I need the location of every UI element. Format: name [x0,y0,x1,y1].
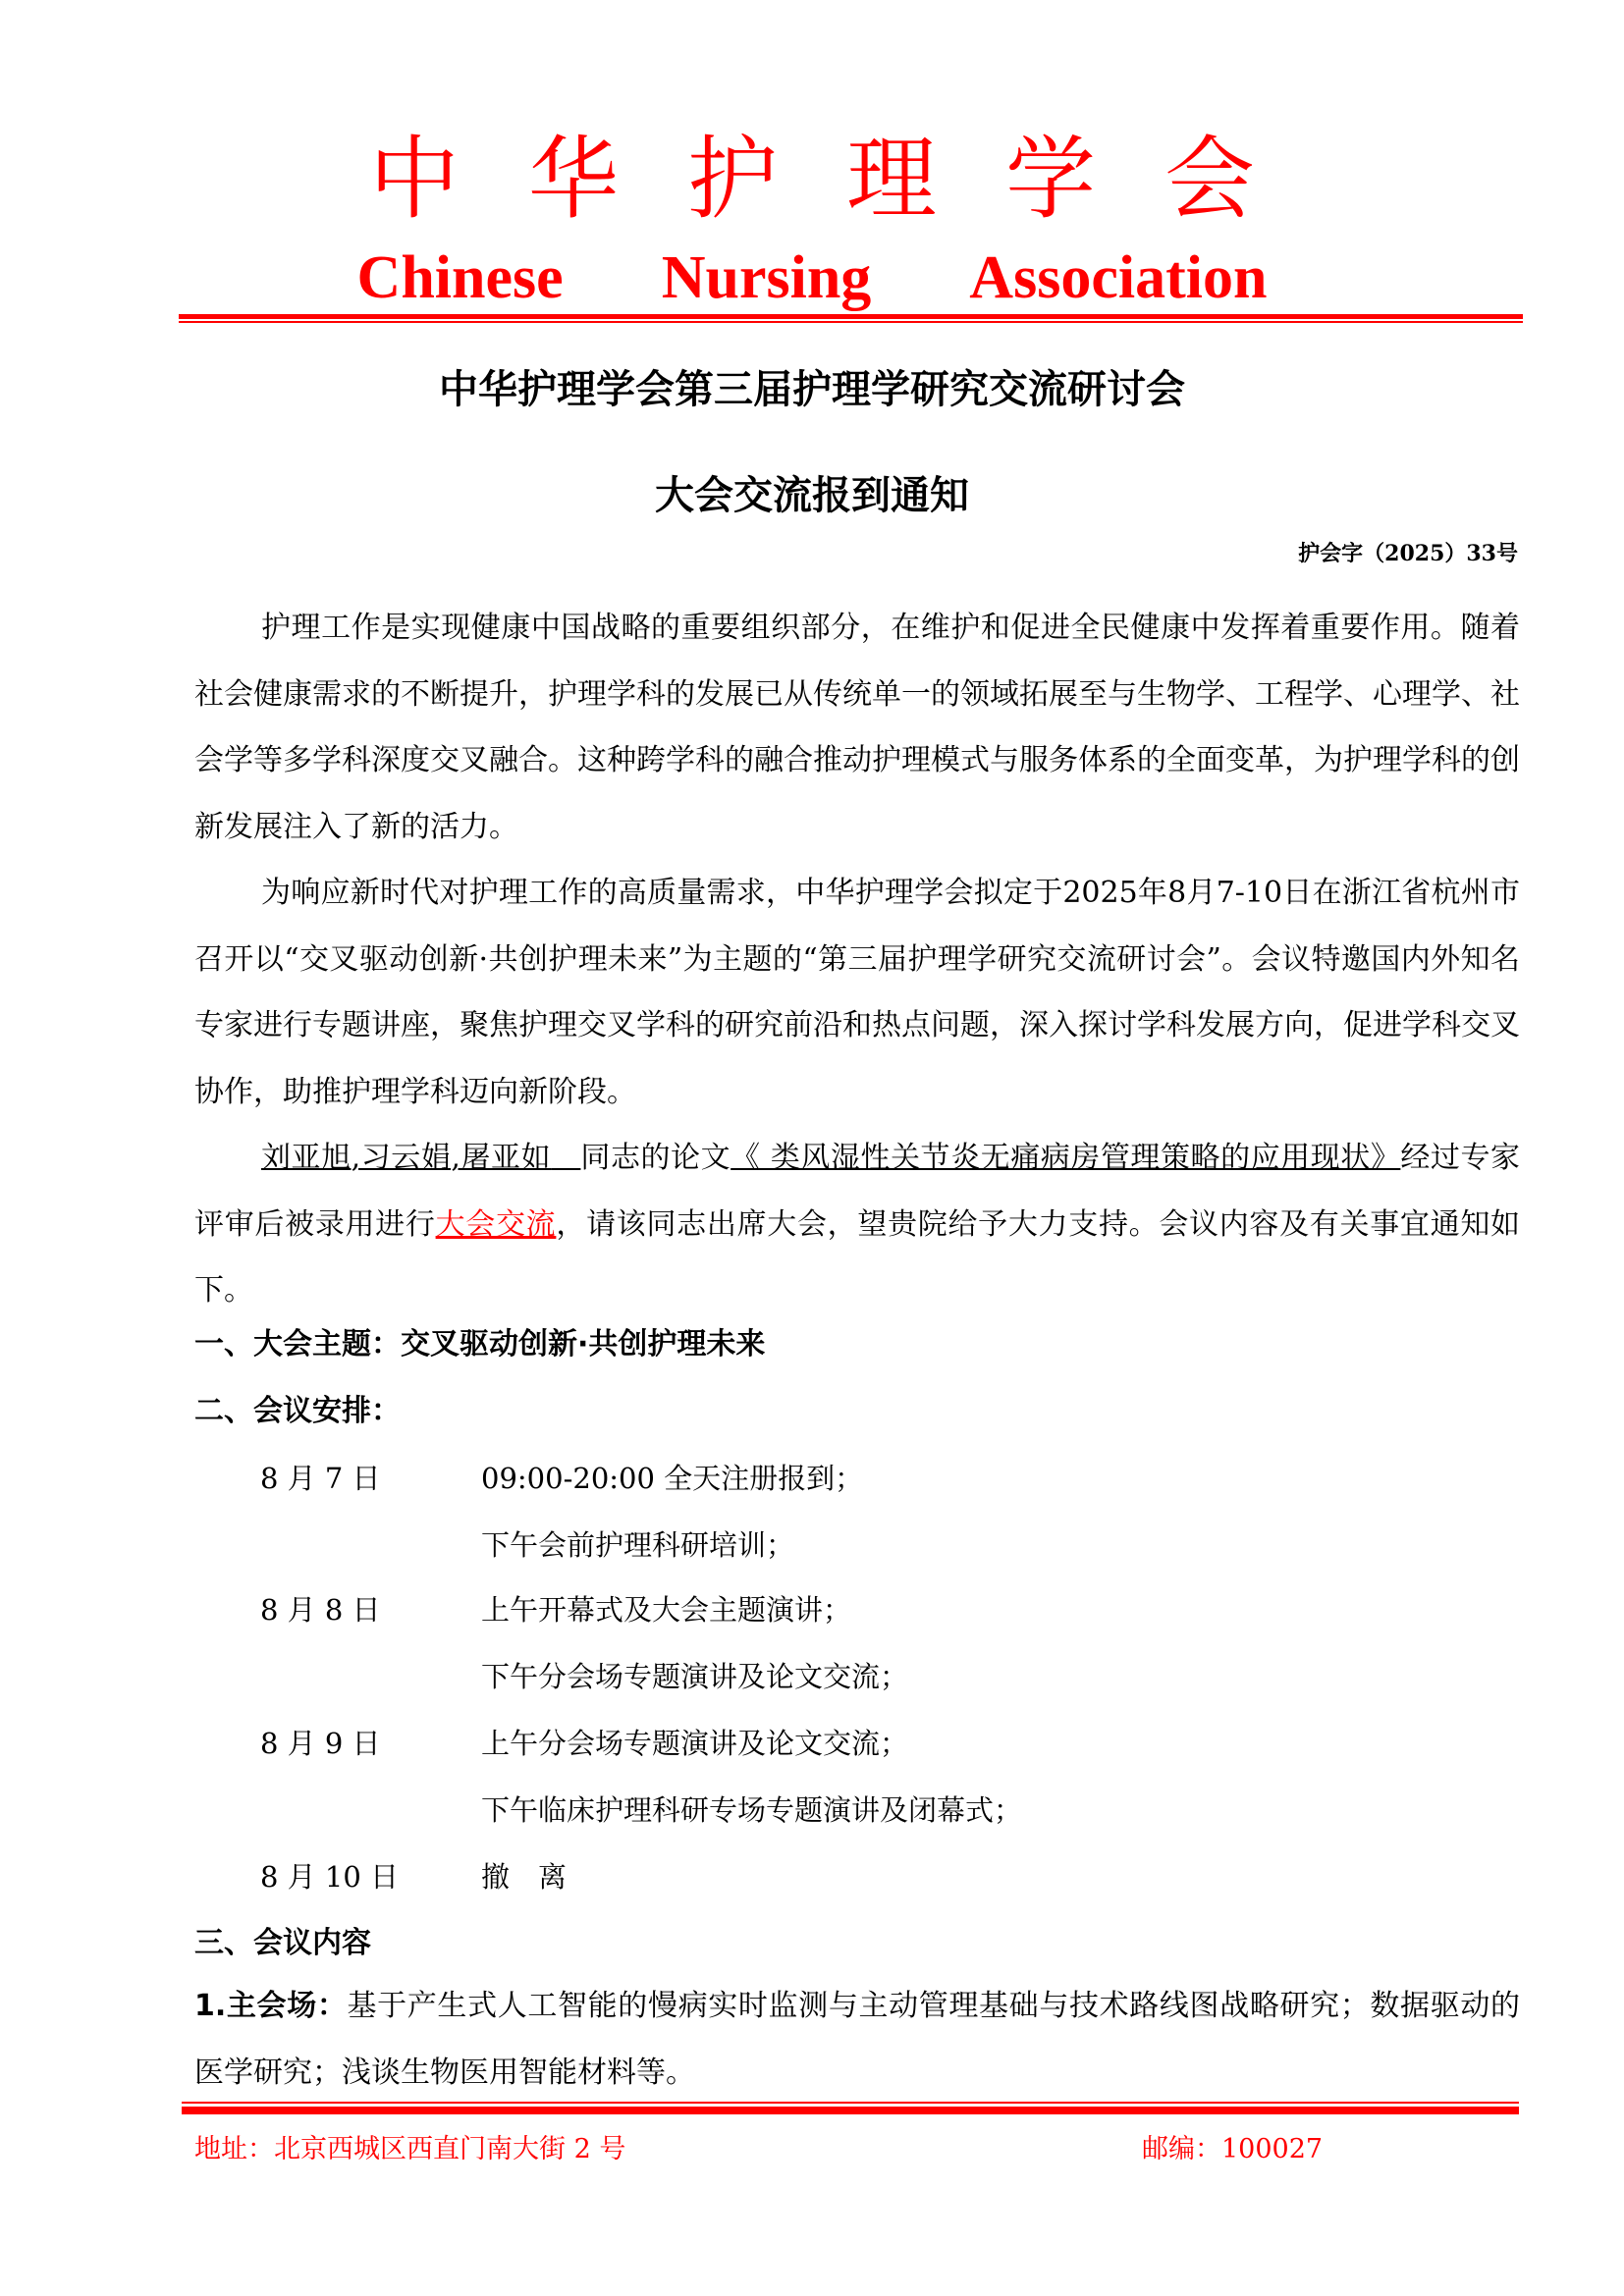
main-venue-text: 基于产生式人工智能的慢病实时监测与主动管理基础与技术路线图战略研究；数据驱动的医… [194,1989,1520,2090]
header-rule-thick [179,314,1523,319]
org-char: 学 [1001,126,1100,234]
footer-rule-thin [182,2102,1519,2104]
schedule-date: 8 月 10 日 [260,1857,399,1896]
author-names: 刘亚旭,习云娟,屠亚如 [261,1141,551,1175]
paragraph-acceptance: 刘亚旭,习云娟,屠亚如 同志的论文《 类风湿性关节炎无痛病房管理策略的应用现状》… [194,1125,1520,1324]
header-rule-thin [179,321,1523,323]
paragraph-meeting: 为响应新时代对护理工作的高质量需求，中华护理学会拟定于2025年8月7-10日在… [194,860,1520,1125]
schedule-date: 8 月 9 日 [260,1724,381,1763]
schedule-item: 下午临床护理科研专场专题演讲及闭幕式； [481,1790,1022,1830]
document-number: 护会字（2025）33号 [1298,538,1518,569]
schedule-item: 下午会前护理科研培训； [481,1525,794,1565]
org-word: Association [969,243,1267,312]
main-venue-label: 1.主会场： [194,1989,348,2023]
org-char: 中 [365,126,463,234]
paragraph-intro: 护理工作是实现健康中国战略的重要组织部分，在维护和促进全民健康中发挥着重要作用。… [194,595,1520,860]
section-theme: 一、大会主题：交叉驱动创新·共创护理未来 [194,1325,765,1364]
section-content: 三、会议内容 [194,1924,371,1963]
document-title-line2: 大会交流报到通知 [0,471,1624,520]
schedule-item: 下午分会场专题演讲及论文交流； [481,1657,908,1696]
org-char: 理 [842,126,941,234]
schedule-item: 09:00-20:00 全天注册报到； [481,1459,863,1498]
text: 同志的论文 [580,1141,731,1175]
schedule-item: 上午分会场专题演讲及论文交流； [481,1724,908,1763]
org-word: Nursing [662,243,872,312]
org-char: 护 [683,126,782,234]
schedule-item: 撤 离 [481,1857,567,1896]
org-char: 会 [1161,126,1259,234]
presentation-type: 大会交流 [436,1207,557,1242]
schedule-date: 8 月 8 日 [260,1590,381,1629]
org-name-chinese: 中华护理学会 [0,126,1624,234]
schedule-date: 8 月 7 日 [260,1459,381,1498]
schedule-item: 上午开幕式及大会主题演讲； [481,1590,851,1629]
paper-title: 《 类风湿性关节炎无痛病房管理策略的应用现状》 [731,1141,1400,1175]
main-venue-paragraph: 1.主会场：基于产生式人工智能的慢病实时监测与主动管理基础与技术路线图战略研究；… [194,1973,1520,2106]
footer-postcode: 邮编：100027 [1142,2132,1323,2167]
document-title-line1: 中华护理学会第三届护理学研究交流研讨会 [0,365,1624,414]
org-name-english: ChineseNursingAssociation [0,243,1624,312]
org-char: 华 [524,126,623,234]
section-schedule: 二、会议安排： [194,1392,401,1431]
author-pad [551,1141,580,1175]
footer-address: 地址：北京西城区西直门南大街 2 号 [194,2132,625,2167]
footer-rule-thick [182,2107,1519,2114]
org-word: Chinese [357,243,564,312]
